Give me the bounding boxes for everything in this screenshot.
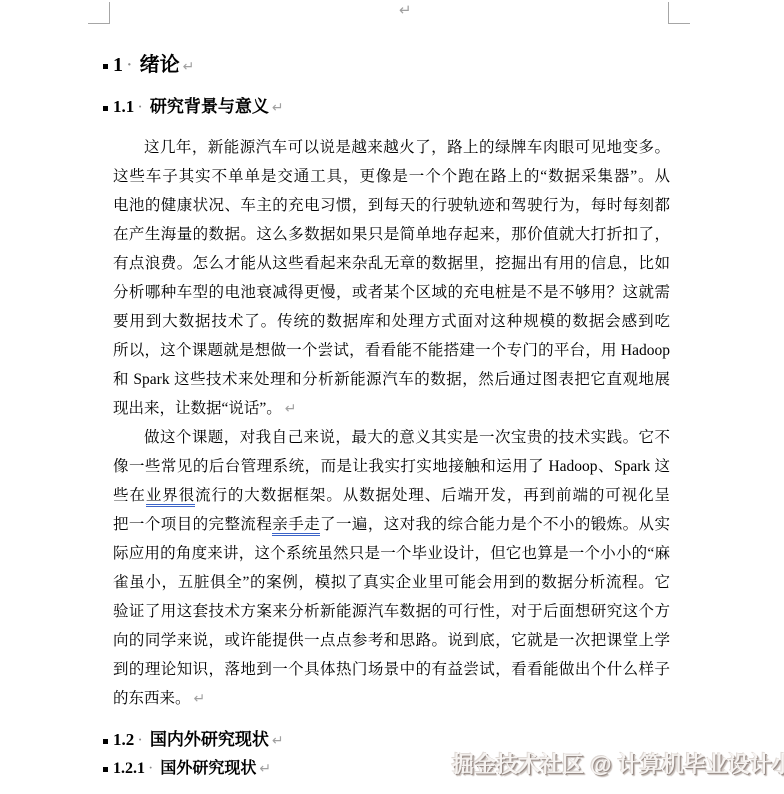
text-line[interactable]: 雀虽小，五脏俱全”的案例，模拟了真实企业里可能会用到的数据分析流程。它 bbox=[113, 568, 670, 597]
grammar-check-underline: 业界很 bbox=[146, 487, 195, 507]
paragraph-end-mark-icon: ↵ bbox=[259, 761, 271, 777]
text-line[interactable]: 这些车子其实不单单是交通工具，更像是一个个跑在路上的“数据采集器”。从 bbox=[113, 162, 670, 191]
paragraph-background-significance-1[interactable]: 这几年，新能源汽车可以说是越来越火了，路上的绿牌车肉眼可见地变多。这些车子其实不… bbox=[113, 133, 670, 423]
heading-number: 1.1 bbox=[113, 97, 134, 116]
text-line[interactable]: 向的同学来说，或许能提供一点点参考和思路。说到底，它就是一次把课堂上学 bbox=[113, 626, 670, 655]
text-line[interactable]: 的东西来。↵ bbox=[113, 684, 670, 713]
text-line[interactable]: 有点浪费。怎么才能从这些看起来杂乱无章的数据里，挖掘出有用的信息，比如 bbox=[113, 249, 670, 278]
heading-chapter-1[interactable]: 1·绪论↵ bbox=[113, 48, 194, 77]
text-line[interactable]: 分析哪种车型的电池衰减得更慢，或者某个区域的充电桩是不是不够用？这就需 bbox=[113, 278, 670, 307]
text-line[interactable]: 这几年，新能源汽车可以说是越来越火了，路上的绿牌车肉眼可见地变多。 bbox=[113, 133, 670, 162]
text-line[interactable]: 现出来，让数据“说话”。↵ bbox=[113, 394, 670, 423]
text-line[interactable]: 要用到大数据技术了。传统的数据库和处理方式面对这种规模的数据会感到吃力。 bbox=[113, 307, 670, 336]
heading-title: 国内外研究现状 bbox=[150, 730, 269, 749]
paragraph-properties-square-icon bbox=[103, 106, 108, 111]
heading-title: 研究背景与意义 bbox=[150, 97, 269, 116]
heading-section-1-1[interactable]: 1.1·研究背景与意义↵ bbox=[113, 92, 284, 117]
heading-section-1-2[interactable]: 1.2·国内外研究现状↵ bbox=[113, 725, 284, 750]
text-line[interactable]: 像一些常见的后台管理系统，而是让我实打实地接触和运用了 Hadoop、Spark… bbox=[113, 452, 670, 481]
space-formatting-mark-icon: · bbox=[137, 730, 143, 749]
heading-number: 1.2 bbox=[113, 730, 134, 749]
text-line[interactable]: 和 Spark 这些技术来处理和分析新能源汽车的数据，然后通过图表把它直观地展 bbox=[113, 365, 670, 394]
text-boundary-corner-left-icon bbox=[88, 2, 110, 24]
word-document-page[interactable]: { "marks": { "space_dot": "·", "pilcrow"… bbox=[0, 0, 784, 794]
paragraph-end-mark-icon: ↵ bbox=[272, 733, 284, 749]
paragraph-end-mark-icon: ↵ bbox=[272, 100, 284, 116]
paragraph-background-significance-2[interactable]: 做这个课题，对我自己来说，最大的意义其实是一次宝贵的技术实践。它不像一些常见的后… bbox=[113, 423, 670, 713]
text-line[interactable]: 所以，这个课题就是想做一个尝试，看看能不能搭建一个专门的平台，用 Hadoop bbox=[113, 336, 670, 365]
grammar-check-underline: 亲手走 bbox=[272, 516, 320, 536]
text-line[interactable]: 把一个项目的完整流程亲手走了一遍，这对我的综合能力是个不小的锻炼。从实 bbox=[113, 510, 670, 539]
watermark-text: 掘金技术社区 @ 计算机毕业设计小途 bbox=[452, 748, 784, 779]
text-boundary-corner-right-icon bbox=[668, 2, 690, 24]
heading-section-1-2-1[interactable]: 1.2.1·国外研究现状↵ bbox=[113, 755, 271, 778]
paragraph-properties-square-icon bbox=[103, 767, 108, 772]
heading-number: 1.2.1 bbox=[113, 760, 145, 777]
paragraph-end-mark-icon: ↵ bbox=[183, 59, 195, 75]
paragraph-properties-square-icon bbox=[103, 739, 108, 744]
space-formatting-mark-icon: · bbox=[148, 760, 153, 777]
text-line[interactable]: 些在业界很流行的大数据框架。从数据处理、后端开发，再到前端的可视化呈现， bbox=[113, 481, 670, 510]
text-line[interactable]: 做这个课题，对我自己来说，最大的意义其实是一次宝贵的技术实践。它不 bbox=[113, 423, 670, 452]
text-line[interactable]: 际应用的角度来讲，这个系统虽然只是一个毕业设计，但它也算是一个小小的“麻 bbox=[113, 539, 670, 568]
heading-number: 1 bbox=[113, 54, 123, 76]
text-line[interactable]: 验证了用这套技术方案来分析新能源汽车数据的可行性，对于后面想研究这个方 bbox=[113, 597, 670, 626]
paragraph-properties-square-icon bbox=[103, 64, 108, 69]
header-paragraph-end-mark-icon: ↵ bbox=[399, 1, 412, 19]
heading-title: 国外研究现状 bbox=[160, 760, 256, 777]
text-line[interactable]: 在产生海量的数据。这么多数据如果只是简单地存起来，那价值就大打折扣了， bbox=[113, 220, 670, 249]
space-formatting-mark-icon: · bbox=[126, 54, 133, 76]
heading-title: 绪论 bbox=[140, 54, 180, 76]
paragraph-end-mark-icon: ↵ bbox=[194, 691, 206, 707]
text-line[interactable]: 到的理论知识，落地到一个具体热门场景中的有益尝试，看看能做出个什么样子 bbox=[113, 655, 670, 684]
text-line[interactable]: 电池的健康状况、车主的充电习惯，到每天的行驶轨迹和驾驶行为，每时每刻都 bbox=[113, 191, 670, 220]
space-formatting-mark-icon: · bbox=[137, 97, 143, 116]
paragraph-end-mark-icon: ↵ bbox=[285, 401, 297, 417]
